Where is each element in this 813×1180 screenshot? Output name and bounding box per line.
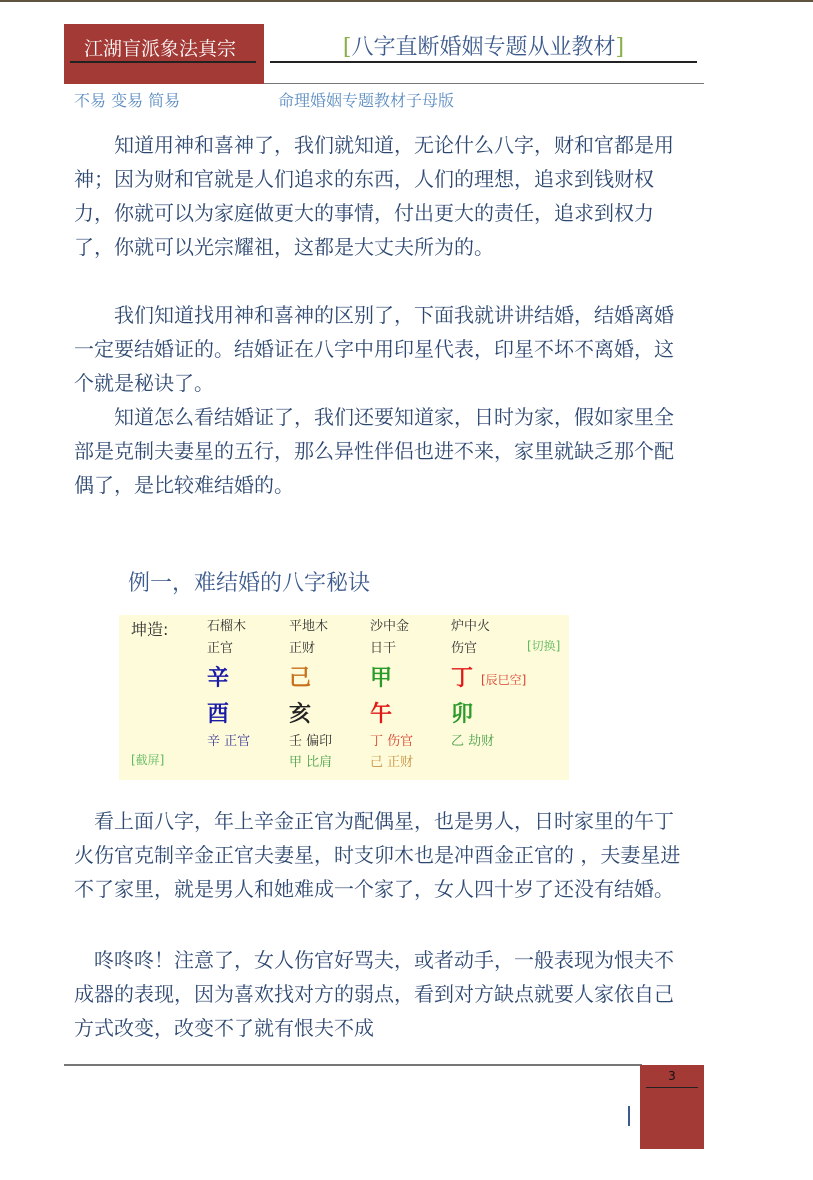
stem-3: 甲 <box>370 661 392 692</box>
nayin-2: 平地木 <box>289 615 328 634</box>
bazi-chart: 坤造: 石榴木 平地木 沙中金 炉中火 正官 正财 日干 伤官 [切换] 辛 己… <box>119 615 569 780</box>
page-number-underline <box>646 1087 698 1088</box>
branch-3: 午 <box>370 697 392 728</box>
shishen-3: 日干 <box>370 637 396 656</box>
brand-underline <box>70 61 256 63</box>
chart-label: 坤造: <box>131 617 168 640</box>
subtitle-left: 不易 变易 简易 <box>74 88 180 111</box>
nayin-1: 石榴木 <box>207 615 246 634</box>
example-title: 例一，难结婚的八字秘诀 <box>128 566 370 597</box>
shishen-4: 伤官 <box>451 637 477 656</box>
hidden-3-1: 丁 伤官 <box>370 730 413 749</box>
shishen-2: 正财 <box>289 637 315 656</box>
text-cursor <box>628 1106 630 1126</box>
document-title: [八字直断婚姻专题从业教材] <box>270 30 697 61</box>
kongwang: [辰巳空] <box>481 671 526 688</box>
subtitle-right: 命理婚姻专题教材子母版 <box>278 88 454 111</box>
stem-2: 己 <box>289 661 311 692</box>
page-number-box: 3 <box>640 1065 704 1149</box>
page-number: 3 <box>640 1069 704 1083</box>
bracket-close: ] <box>616 35 625 60</box>
nayin-4: 炉中火 <box>451 615 490 634</box>
paragraph-5: 咚咚咚！注意了，女人伤官好骂夫，或者动手，一般表现为恨夫不成器的表现，因为喜欢找… <box>74 943 684 1045</box>
paragraph-2: 我们知道找用神和喜神的区别了，下面我就讲讲结婚，结婚离婚一定要结婚证的。结婚证在… <box>74 298 684 400</box>
stem-4: 丁 <box>451 661 473 692</box>
header-rule <box>264 83 704 84</box>
nayin-3: 沙中金 <box>370 615 409 634</box>
branch-4: 卯 <box>451 697 473 728</box>
hidden-2-1: 壬 偏印 <box>289 730 332 749</box>
paragraph-4: 看上面八字，年上辛金正官为配偶星，也是男人，日时家里的午丁火伤官克制辛金正官夫妻… <box>74 804 684 906</box>
hidden-3-2: 己 正财 <box>370 751 413 770</box>
switch-link[interactable]: [切换] <box>527 637 560 654</box>
hidden-1-1: 辛 正官 <box>207 730 250 749</box>
footer-rule <box>64 1064 642 1066</box>
branch-1: 酉 <box>207 697 229 728</box>
brand-text: 江湖盲派象法真宗 <box>84 34 236 61</box>
hidden-2-2: 甲 比肩 <box>289 751 332 770</box>
paragraph-3: 知道怎么看结婚证了，我们还要知道家，日时为家，假如家里全部是克制夫妻星的五行，那… <box>74 400 684 502</box>
paragraph-1: 知道用神和喜神了，我们就知道，无论什么八字，财和官都是用神；因为财和官就是人们追… <box>74 128 684 264</box>
title-underline <box>270 61 697 63</box>
top-border <box>0 0 813 2</box>
branch-2: 亥 <box>289 697 311 728</box>
stem-1: 辛 <box>207 661 229 692</box>
brand-box: 江湖盲派象法真宗 <box>64 24 264 84</box>
screenshot-link[interactable]: [截屏] <box>131 751 164 768</box>
title-text: 八字直断婚姻专题从业教材 <box>351 35 615 60</box>
shishen-1: 正官 <box>207 637 233 656</box>
hidden-4-1: 乙 劫财 <box>451 730 494 749</box>
